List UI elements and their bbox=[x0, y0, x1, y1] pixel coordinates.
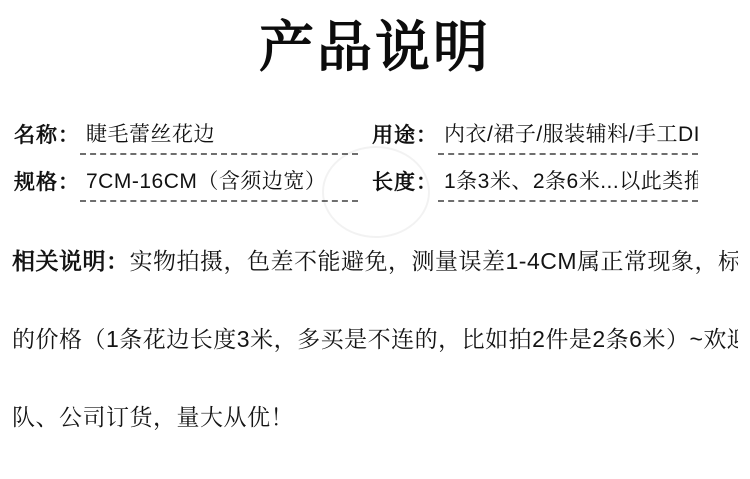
field-usage-label: 用途： bbox=[372, 119, 438, 155]
related-note-line-1-text: 实物拍摄，色差不能避免，测量误差1-4CM属正常现象，标价为1条 bbox=[130, 248, 739, 274]
related-note-label: 相关说明： bbox=[12, 248, 130, 274]
field-name: 名称： 睫毛蕾丝花边 bbox=[14, 116, 358, 155]
field-name-value: 睫毛蕾丝花边 bbox=[80, 118, 358, 155]
field-length-label: 长度： bbox=[372, 166, 438, 202]
related-note-line-3: 队、公司订货，量大从优！ bbox=[12, 378, 738, 456]
field-length: 长度： 1条3米、2条6米...以此类推 bbox=[372, 163, 698, 202]
product-description-page: 产品说明 名称： 睫毛蕾丝花边 用途： 内衣/裙子/服装辅料/手工DIY 规格：… bbox=[0, 0, 750, 479]
related-note: 相关说明：实物拍摄，色差不能避免，测量误差1-4CM属正常现象，标价为1条 的价… bbox=[12, 222, 738, 456]
related-note-line-1: 相关说明：实物拍摄，色差不能避免，测量误差1-4CM属正常现象，标价为1条 bbox=[12, 222, 738, 300]
field-name-label: 名称： bbox=[14, 119, 80, 155]
field-usage-value: 内衣/裙子/服装辅料/手工DIY bbox=[438, 118, 698, 155]
field-spec-label: 规格： bbox=[14, 166, 80, 202]
field-usage: 用途： 内衣/裙子/服装辅料/手工DIY bbox=[372, 116, 698, 155]
related-note-line-2: 的价格（1条花边长度3米，多买是不连的，比如拍2件是2条6米）~欢迎各大团 bbox=[12, 300, 738, 378]
page-title: 产品说明 bbox=[0, 0, 750, 80]
field-spec-value: 7CM-16CM（含须边宽） bbox=[80, 165, 358, 202]
field-spec: 规格： 7CM-16CM（含须边宽） bbox=[14, 163, 358, 202]
field-length-value: 1条3米、2条6米...以此类推 bbox=[438, 165, 698, 202]
spec-fields: 名称： 睫毛蕾丝花边 用途： 内衣/裙子/服装辅料/手工DIY 规格： 7CM-… bbox=[14, 116, 750, 202]
